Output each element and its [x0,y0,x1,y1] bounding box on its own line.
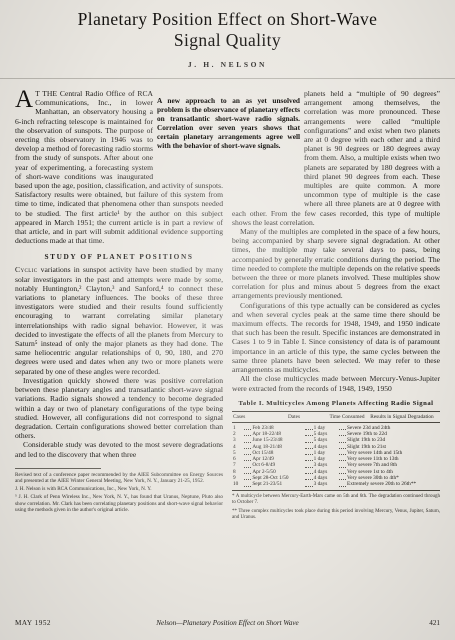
table-body: 1Feb 23/481 daySevere 23d and 24th2Apr 1… [232,423,440,491]
drop-cap: A [15,89,35,110]
column-header-results: Results in Signal Degradation [365,414,439,420]
header-divider [0,78,455,79]
article-header: Planetary Position Effect on Short-Wave … [0,0,455,79]
dot-leader [305,454,312,455]
dot-leader [244,473,251,474]
table-cell: Extremely severe 20th to 26th** [347,481,439,487]
footer-running-title: Nelson—Planetary Position Effect on Shor… [105,619,350,627]
dot-leader [305,467,312,468]
dot-leader [244,435,251,436]
dot-leader [305,473,312,474]
paragraph-text: variations in sunspot activity have been… [15,265,223,375]
column-header-dates: Dates [259,414,329,420]
column-header-time-consumed: Time Consumed [329,414,365,420]
footnote-divider [15,468,101,469]
footnote: J. H. Nelson is with RCA Communications,… [15,486,223,492]
dot-leader [305,448,312,449]
paragraph-lead: Cyclic [15,265,37,274]
footnote: Revised text of a conference paper recom… [15,472,223,484]
table-header-row: Cases Dates Time Consumed Results in Sig… [232,411,440,423]
dot-leader [339,486,346,487]
article-body: AT THE Central Radio Office of RCA Commu… [0,87,455,521]
footnote: ⁵ J. H. Clark of Penn Wireless Inc., New… [15,494,223,513]
dot-leader [305,442,312,443]
table-1: Table I. Multicycles Among Planets Affec… [232,400,440,521]
dot-leader [305,479,312,480]
dot-leader [339,460,346,461]
dot-leader [339,435,346,436]
dot-leader [244,442,251,443]
page-title: Planetary Position Effect on Short-Wave [0,9,455,30]
paragraph: All the close multicycles made between M… [232,374,440,392]
dot-leader [339,479,346,480]
dot-leader [244,429,251,430]
table-cell: Sept 21-23/51 [252,481,304,487]
page-title-line2: Signal Quality [0,30,455,51]
table-footnote: * A multicycle between Mercury-Earth-Mar… [232,494,440,506]
dot-leader [339,442,346,443]
paragraph: Cyclic variations in sunspot activity ha… [15,265,223,375]
table-footnote: ** Three complex multicycles took place … [232,509,440,521]
table-cell: 3 days [314,481,338,487]
table-title: Table I. Multicycles Among Planets Affec… [232,400,440,407]
journal-page: Planetary Position Effect on Short-Wave … [0,0,455,640]
dot-leader [305,435,312,436]
paragraph: Configurations of this type actually can… [232,301,440,375]
dot-leader [244,479,251,480]
page-footer: MAY 1952 Nelson—Planetary Position Effec… [15,619,440,627]
footnote-block: Revised text of a conference paper recom… [15,468,223,513]
footer-issue-date: MAY 1952 [15,619,105,627]
dot-leader [339,467,346,468]
dot-leader [339,473,346,474]
dot-leader [339,448,346,449]
dot-leader [244,460,251,461]
section-heading: STUDY OF PLANET POSITIONS [15,252,223,261]
paragraph: Investigation quickly showed there was p… [15,376,223,440]
column-header-cases: Cases [233,414,259,420]
dot-leader [339,454,346,455]
left-column: AT THE Central Radio Office of RCA Commu… [15,89,223,521]
dot-leader [305,429,312,430]
dot-leader [244,467,251,468]
table-row: 10Sept 21-23/513 daysExtremely severe 20… [233,481,439,487]
dot-leader [339,429,346,430]
dot-leader [244,448,251,449]
dot-leader [305,460,312,461]
author-name: J. H. NELSON [0,60,455,69]
abstract-text: A new approach to an as yet unsolved pro… [157,96,300,150]
paragraph: Considerable study was devoted to the mo… [15,440,223,458]
right-column: planets held a “multiple of 90 degrees” … [232,89,440,521]
paragraph: Many of the multiples are completed in t… [232,227,440,301]
dot-leader [244,486,251,487]
dot-leader [305,486,312,487]
dot-leader [244,454,251,455]
table-cell: 10 [233,481,243,487]
footer-page-number: 421 [350,619,440,627]
